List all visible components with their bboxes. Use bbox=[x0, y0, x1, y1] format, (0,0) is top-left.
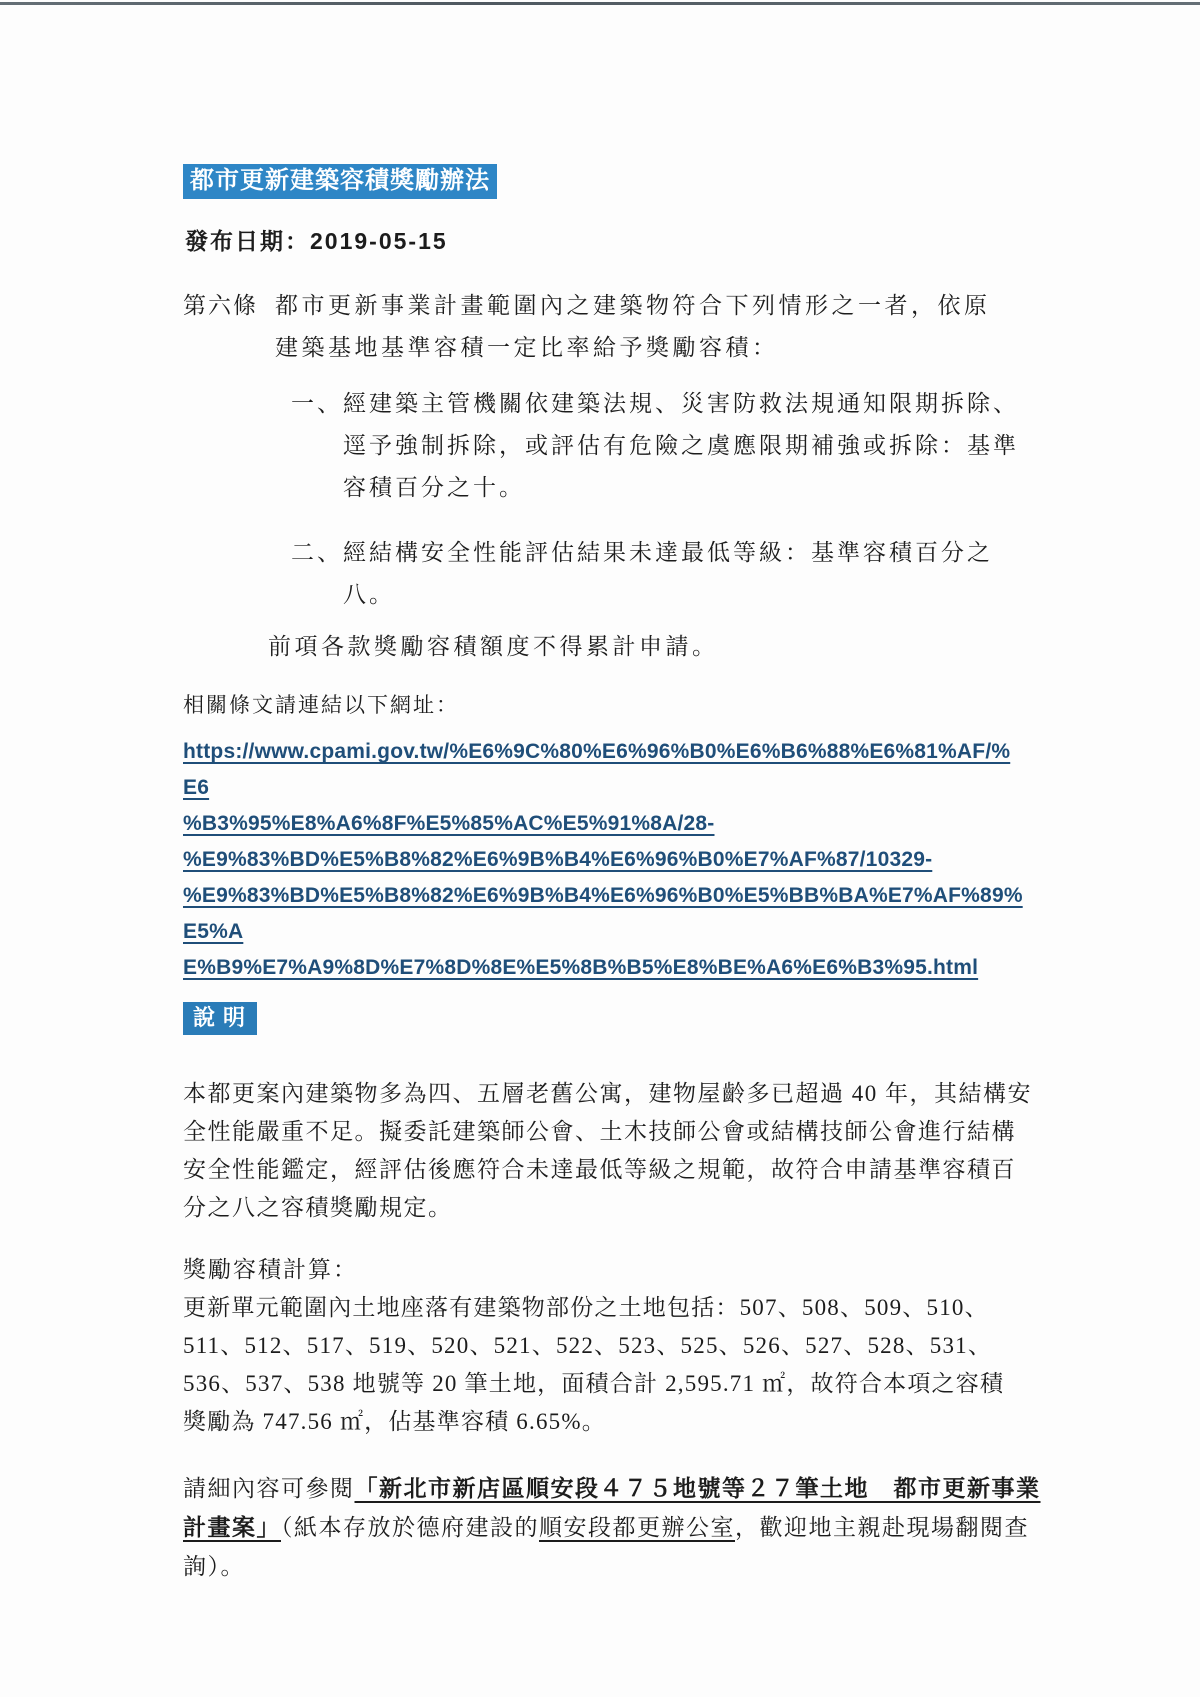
related-links-intro: 相關條文請連結以下網址： bbox=[183, 692, 1050, 720]
scanned-document-page: 都市更新建築容積獎勵辦法 發布日期：2019-05-15 第六條 都市更新事業計… bbox=[0, 0, 1200, 1697]
scan-edge-artifact bbox=[0, 2, 1200, 5]
article-6-label: 第六條 bbox=[183, 284, 258, 326]
clause-item-1-number: 一、 bbox=[291, 382, 343, 424]
clause-item-1-text: 經建築主管機關依建築法規、災害防救法規通知限期拆除、 逕予強制拆除，或評估有危險… bbox=[343, 382, 1019, 508]
reference-paragraph: 請細內容可參閱「新北市新店區順安段４７５地號等２７筆土地 都市更新事業計畫案」（… bbox=[183, 1469, 1045, 1586]
clause-item-2-text: 經結構安全性能評估結果未達最低等級：基準容積百分之 八。 bbox=[343, 531, 993, 615]
clause-item-1: 一、 經建築主管機關依建築法規、災害防救法規通知限期拆除、 逕予強制拆除，或評估… bbox=[291, 382, 1050, 508]
calculation-body: 更新單元範圍內土地座落有建築物部份之土地包括：507、508、509、510、 … bbox=[183, 1289, 1050, 1441]
related-regulation-url-link[interactable]: https://www.cpami.gov.tw/%E6%9C%80%E6%96… bbox=[183, 734, 1023, 986]
clause-item-2-number: 二、 bbox=[291, 531, 343, 573]
document-title-highlight: 都市更新建築容積獎勵辦法 bbox=[183, 164, 497, 199]
publish-date: 發布日期：2019-05-15 bbox=[185, 226, 1050, 256]
article-6-body: 都市更新事業計畫範圍內之建築物符合下列情形之一者，依原 建築基地基準容積一定比率… bbox=[275, 284, 991, 368]
reference-paragraph-prefix: 請細內容可參閱 bbox=[183, 1476, 355, 1501]
article-6: 第六條 都市更新事業計畫範圍內之建築物符合下列情形之一者，依原 建築基地基準容積… bbox=[183, 284, 1050, 368]
renewal-office-name: 順安段都更辦公室 bbox=[539, 1515, 735, 1540]
document-title: 都市更新建築容積獎勵辦法 bbox=[183, 164, 1050, 199]
explanation-section-badge: 說明 bbox=[183, 1002, 257, 1035]
reference-paragraph-middle: （紙本存放於德府建設的 bbox=[281, 1515, 539, 1540]
calculation-title: 獎勵容積計算： bbox=[183, 1251, 1050, 1289]
clause-item-2: 二、 經結構安全性能評估結果未達最低等級：基準容積百分之 八。 bbox=[291, 531, 1050, 615]
explanation-paragraph: 本都更案內建築物多為四、五層老舊公寓，建物屋齡多已超過 40 年，其結構安 全性… bbox=[183, 1075, 1043, 1227]
article-closing-sentence: 前項各款獎勵容積額度不得累計申請。 bbox=[268, 631, 1050, 661]
document-content: 都市更新建築容積獎勵辦法 發布日期：2019-05-15 第六條 都市更新事業計… bbox=[0, 0, 1200, 1586]
